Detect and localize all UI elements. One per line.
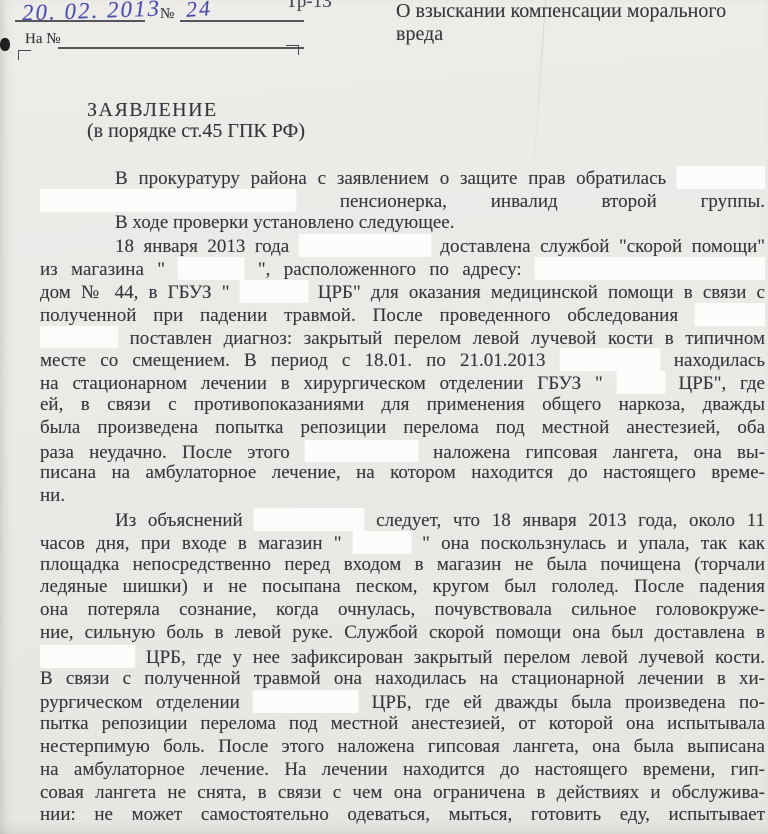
text-segment: ЦРБ", где <box>679 373 766 394</box>
reply-to-label: На № <box>25 31 61 48</box>
document-line: 18 января 2013 года доставлена службой "… <box>40 234 765 257</box>
date-underline <box>15 20 145 22</box>
text-segment: совая лангета не снята, в связи с чем он… <box>40 782 765 803</box>
redaction-box <box>40 326 118 349</box>
document-line: поставлен диагноз: закрытый перелом лево… <box>40 326 765 349</box>
text-segment: писана на амбулаторное лечение, на котор… <box>40 462 765 483</box>
document-line: В прокуратуру района с заявлением о защи… <box>40 166 765 189</box>
document-line: раза неудачно. После этого наложена гипс… <box>40 440 765 463</box>
redaction-box <box>677 166 765 189</box>
text-segment: пытка репозиции перелома под местной ане… <box>40 713 765 734</box>
address-corner-mark-right <box>286 45 299 55</box>
document-line: ни. <box>40 485 765 508</box>
text-segment: находилась <box>674 350 765 371</box>
text-segment: нестерпимую боль. После этого наложена г… <box>40 736 765 757</box>
document-line: ей, в связи с противопоказаниями для при… <box>40 394 765 417</box>
text-segment: на стационарном лечении в хирургическом … <box>40 373 603 394</box>
text-segment: на амбулаторное лечение. На лечении нахо… <box>40 759 765 780</box>
text-segment: ни. <box>40 485 65 506</box>
document-line: часов дня, при входе в магазин " " она п… <box>40 531 765 554</box>
redaction-box <box>617 371 665 394</box>
document-line: нии: не может самостоятельно одеваться, … <box>40 804 765 827</box>
text-segment: полученной при падении травмой. После пр… <box>40 305 678 326</box>
text-segment: ЦРБ" для оказания медицинской помощи в с… <box>318 282 765 303</box>
text-segment: поставлен диагноз: закрытый перелом лево… <box>130 328 765 349</box>
document-line: она потеряла сознание, когда очнулась, п… <box>40 599 765 622</box>
text-segment: она потеряла сознание, когда очнулась, п… <box>40 599 765 620</box>
number-sign-label: № <box>160 6 174 23</box>
address-corner-mark-left <box>18 50 31 60</box>
text-segment: пенсионерка, инвалид второй группы. <box>340 191 765 212</box>
document-line: совая лангета не снята, в связи с чем он… <box>40 782 765 805</box>
document-line: полученной при падении травмой. После пр… <box>40 303 765 326</box>
text-segment: площадка непосредственно перед входом в … <box>40 554 765 575</box>
text-segment: " она поскользнулась и упала, так как <box>422 533 765 554</box>
text-segment: ", расположенного по адресу: <box>258 259 522 280</box>
redaction-box <box>299 234 431 257</box>
document-line: месте со смещением. В период с 18.01. по… <box>40 348 765 371</box>
document-line: из магазина " ", расположенного по адрес… <box>40 257 765 280</box>
redaction-box <box>305 440 418 463</box>
document-line: ние, сильную боль в левой руке. Службой … <box>40 622 765 645</box>
document-line: нестерпимую боль. После этого наложена г… <box>40 736 765 759</box>
redaction-box <box>535 257 765 280</box>
redaction-box <box>560 348 660 371</box>
text-segment: была произведена попытка репозиции перел… <box>40 417 765 438</box>
text-segment: 18 января 2013 года <box>115 236 289 257</box>
text-segment: доставлена службой "скорой помощи" <box>440 236 765 257</box>
redaction-box <box>240 280 308 303</box>
redaction-box <box>40 189 296 212</box>
text-segment: ЦРБ, где ей дважды была произведена по- <box>372 692 765 713</box>
document-line: рургическом отделении ЦРБ, где ей дважды… <box>40 690 765 713</box>
text-segment: В прокуратуру района с заявлением о защи… <box>115 168 666 189</box>
text-segment: следует, что 18 января 2013 года, около … <box>376 510 765 531</box>
redaction-box <box>178 257 244 280</box>
number-underline <box>180 20 304 22</box>
document-line: ледяные шишки) и не посыпана песком, кру… <box>40 576 765 599</box>
document-line: дом № 44, в ГБУЗ " ЦРБ" для оказания мед… <box>40 280 765 303</box>
redaction-box <box>353 531 411 554</box>
text-segment: В связи с полученной травмой она находил… <box>40 668 765 689</box>
text-segment: дом № 44, в ГБУЗ " <box>40 282 229 303</box>
document-line: площадка непосредственно перед входом в … <box>40 554 765 577</box>
text-segment: нии: не может самостоятельно одеваться, … <box>40 804 765 825</box>
redaction-box <box>695 303 765 326</box>
scan-artifact-speck <box>0 38 10 51</box>
document-line: В ходе проверки установлено следующее. <box>40 212 765 235</box>
document-line: была произведена попытка репозиции перел… <box>40 417 765 440</box>
document-line: В связи с полученной травмой она находил… <box>40 668 765 691</box>
redaction-box <box>40 645 135 668</box>
text-segment: Из объяснений <box>115 510 243 531</box>
document-title: ЗАЯВЛЕНИЕ <box>87 99 218 122</box>
text-segment: из магазина " <box>40 259 165 280</box>
text-segment: ЦРБ, где у нее зафиксирован закрытый пер… <box>146 647 765 668</box>
document-line: на амбулаторное лечение. На лечении нахо… <box>40 759 765 782</box>
document-line: писана на амбулаторное лечение, на котор… <box>40 462 765 485</box>
document-line: пытка репозиции перелома под местной ане… <box>40 713 765 736</box>
document-line: Из объяснений следует, что 18 января 201… <box>40 508 765 531</box>
document-subtitle: (в порядке ст.45 ГПК РФ) <box>87 120 305 143</box>
text-segment: часов дня, при входе в магазин " <box>40 533 342 554</box>
document-subject: О взыскании компенсации морального вреда <box>396 0 744 46</box>
document-code: Тр-13 <box>286 0 332 13</box>
text-segment: ние, сильную боль в левой руке. Службой … <box>40 622 765 643</box>
document-body: В прокуратуру района с заявлением о защи… <box>40 166 765 827</box>
text-segment: рургическом отделении <box>40 692 240 713</box>
scanned-document-page: 20. 02. 2013 № 24 Тр-13 На № О взыскании… <box>0 0 768 834</box>
redaction-box <box>253 690 358 713</box>
text-segment: ледяные шишки) и не посыпана песком, кру… <box>40 576 765 597</box>
text-segment: раза неудачно. После этого <box>40 442 290 463</box>
text-segment: ей, в связи с противопоказаниями для при… <box>40 394 765 415</box>
text-segment: наложена гипсовая лангета, она вы- <box>433 442 765 463</box>
document-line: ЦРБ, где у нее зафиксирован закрытый пер… <box>40 645 765 668</box>
reply-to-underline <box>58 47 304 49</box>
document-line: на стационарном лечении в хирургическом … <box>40 371 765 394</box>
handwritten-date: 20. 02. 2013 <box>22 0 162 26</box>
redaction-box <box>254 508 364 531</box>
text-segment: месте со смещением. В период с 18.01. по… <box>40 350 545 371</box>
document-line: пенсионерка, инвалид второй группы. <box>40 189 765 212</box>
text-segment: В ходе проверки установлено следующее. <box>115 212 454 233</box>
